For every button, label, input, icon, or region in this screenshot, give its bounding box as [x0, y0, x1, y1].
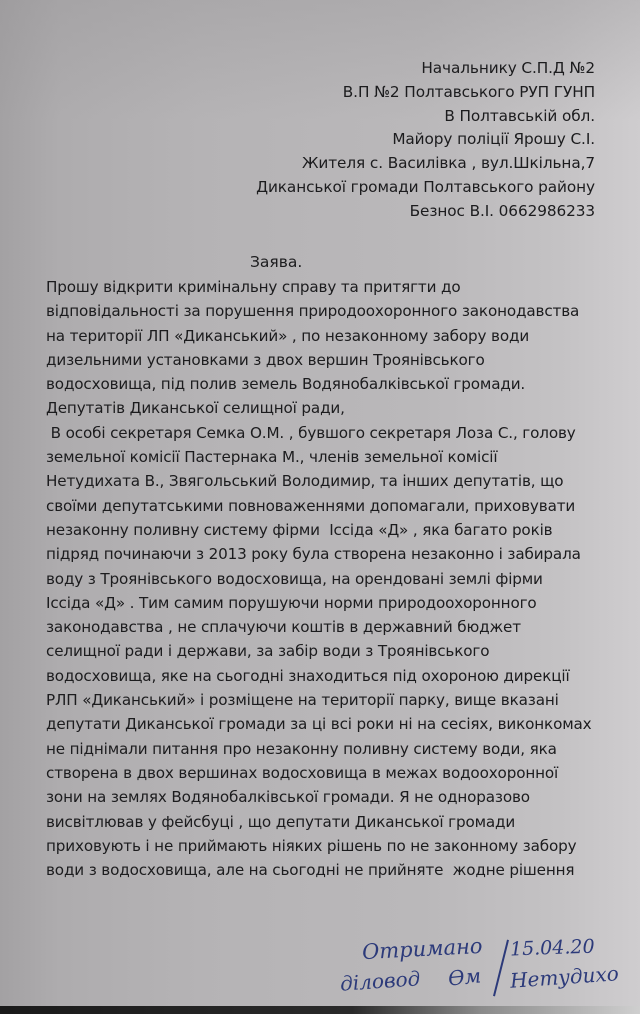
body-line: підряд починаючи з 2013 року була створе… — [46, 542, 636, 566]
document-title: Заява. — [250, 253, 302, 271]
body-line: Прошу відкрити кримінальну справу та при… — [46, 275, 636, 299]
body-line: Депутатів Диканської селищної ради, — [46, 396, 636, 420]
body-line: приховують і не приймають ніяких рішень … — [46, 834, 636, 858]
addressee-line: Жителя с. Василівка , вул.Шкільна,7 — [256, 152, 595, 176]
handwritten-received: Отримано — [361, 934, 483, 964]
handwritten-date: 15.04.20 — [510, 936, 595, 961]
addressee-line: В.П №2 Полтавського РУП ГУНП — [256, 81, 595, 105]
document-page: Начальнику С.П.Д №2 В.П №2 Полтавського … — [0, 0, 640, 1006]
addressee-line: Безнос В.І. 0662986233 — [256, 200, 595, 224]
body-line: законодавства , не сплачуючи коштів в де… — [46, 615, 636, 639]
handwritten-initials: Ѳм — [447, 963, 482, 990]
handwritten-clerk: діловод — [339, 966, 421, 996]
body-line: водосховища, під полив земель Водянобалк… — [46, 372, 636, 396]
body-line: своїми депутатськими повноваженнями допо… — [46, 494, 636, 518]
body-line: незаконну поливну систему фірми Іссіда «… — [46, 518, 636, 542]
body-line: не піднімали питання про незаконну полив… — [46, 737, 636, 761]
body-line: дизельними установками з двох вершин Тро… — [46, 348, 636, 372]
addressee-line: В Полтавській обл. — [256, 105, 595, 129]
handwritten-receipt-note: Отримано діловод Ѳм 15.04.20 Нетудихо — [340, 935, 640, 1010]
body-line: Іссіда «Д» . Тим самим порушуючи норми п… — [46, 591, 636, 615]
body-line: створена в двох вершинах водосховища в м… — [46, 761, 636, 785]
body-line: земельної комісії Пастернака М., членів … — [46, 445, 636, 469]
addressee-line: Майору поліції Ярошу С.І. — [256, 128, 595, 152]
handwritten-name: Нетудихо — [509, 961, 619, 993]
photo-bottom-edge — [0, 1006, 640, 1014]
body-line: зони на землях Водянобалківської громади… — [46, 785, 636, 809]
body-line: відповідальності за порушення природоохо… — [46, 299, 636, 323]
body-line: висвітлював у фейсбуці , що депутати Дик… — [46, 810, 636, 834]
body-line: В особі секретаря Семка О.М. , бувшого с… — [46, 421, 636, 445]
body-line: на території ЛП «Диканський» , по незако… — [46, 324, 636, 348]
document-body: Прошу відкрити кримінальну справу та при… — [46, 275, 636, 882]
body-line: воду з Троянівського водосховища, на оре… — [46, 567, 636, 591]
addressee-line: Диканської громади Полтавського району — [256, 176, 595, 200]
body-line: Нетудихата В., Звягольський Володимир, т… — [46, 469, 636, 493]
body-line: селищної ради і держави, за забір води з… — [46, 639, 636, 663]
addressee-block: Начальнику С.П.Д №2 В.П №2 Полтавського … — [256, 57, 595, 224]
addressee-line: Начальнику С.П.Д №2 — [256, 57, 595, 81]
body-line: депутати Диканської громади за ці всі ро… — [46, 712, 636, 736]
signature-stroke — [493, 940, 509, 997]
body-line: води з водосховища, але на сьогодні не п… — [46, 858, 636, 882]
body-line: водосховища, яке на сьогодні знаходиться… — [46, 664, 636, 688]
body-line: РЛП «Диканський» і розміщене на територі… — [46, 688, 636, 712]
